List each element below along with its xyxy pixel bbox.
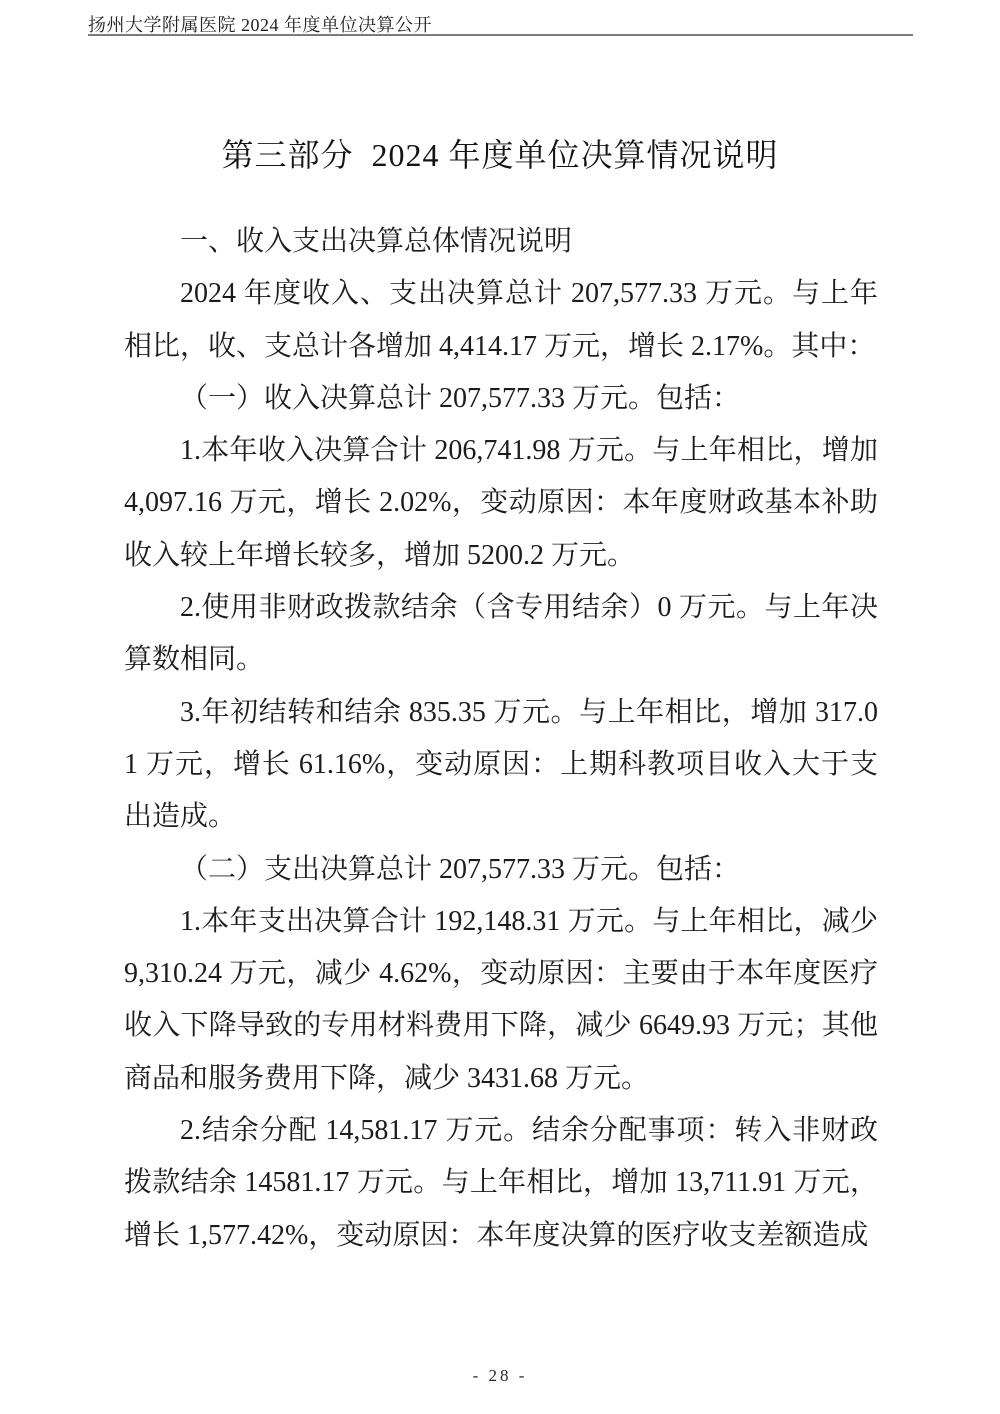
paragraph: 1.本年支出决算合计 192,148.31 万元。与上年相比，减少 9,310.… (124, 896, 878, 1105)
paragraph: （一）收入决算总计 207,577.33 万元。包括： (124, 373, 878, 425)
paragraph: 2.结余分配 14,581.17 万元。结余分配事项：转入非财政拨款结余 145… (124, 1105, 878, 1262)
section-heading: 一、收入支出决算总体情况说明 (124, 216, 878, 268)
paragraph: 2.使用非财政拨款结余（含专用结余）0 万元。与上年决算数相同。 (124, 582, 878, 687)
paragraph: 1.本年收入决算合计 206,741.98 万元。与上年相比，增加 4,097.… (124, 425, 878, 582)
paragraph: （二）支出决算总计 207,577.33 万元。包括： (124, 844, 878, 896)
document-page: 扬州大学附属医院 2024 年度单位决算公开 第三部分 2024 年度单位决算情… (0, 0, 1000, 1414)
document-title: 第三部分 2024 年度单位决算情况说明 (0, 130, 1000, 176)
paragraph: 3.年初结转和结余 835.35 万元。与上年相比，增加 317.01 万元，增… (124, 687, 878, 844)
header-rule (88, 34, 913, 36)
page-number: - 28 - (0, 1366, 1000, 1386)
paragraph: 2024 年度收入、支出决算总计 207,577.33 万元。与上年相比，收、支… (124, 268, 878, 373)
document-body: 一、收入支出决算总体情况说明 2024 年度收入、支出决算总计 207,577.… (124, 216, 878, 1262)
